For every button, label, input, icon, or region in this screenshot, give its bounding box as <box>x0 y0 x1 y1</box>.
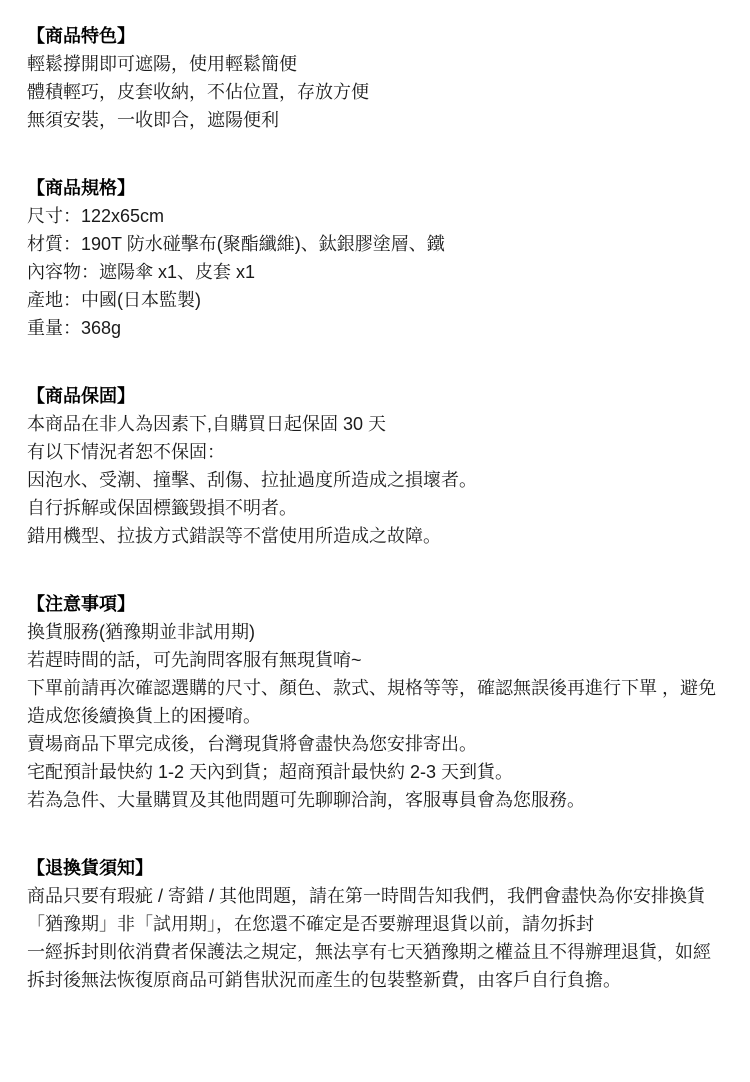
section-line: 商品只要有瑕疵 / 寄錯 / 其他問題，請在第一時間告知我們，我們會盡快為你安排… <box>27 882 726 910</box>
section-line: 輕鬆撐開即可遮陽，使用輕鬆簡便 <box>27 50 726 78</box>
spec-origin: 產地：中國(日本監製) <box>27 286 726 314</box>
section-line: 下單前請再次確認選購的尺寸、顏色、款式、規格等等，確認無誤後再進行下單 ，避免造… <box>27 674 726 730</box>
section-product-specs: 【商品規格】 尺寸：122x65cm 材質：190T 防水碰擊布(聚酯纖維)、鈦… <box>27 174 726 342</box>
section-line: 無須安裝，一收即合，遮陽便利 <box>27 106 726 134</box>
section-line: 因泡水、受潮、撞擊、刮傷、拉扯過度所造成之損壞者。 <box>27 466 726 494</box>
spec-material: 材質：190T 防水碰擊布(聚酯纖維)、鈦銀膠塗層、鐵 <box>27 230 726 258</box>
spec-contents: 內容物：遮陽傘 x1、皮套 x1 <box>27 258 726 286</box>
section-line: 換貨服務(猶豫期並非試用期) <box>27 618 726 646</box>
section-product-features: 【商品特色】 輕鬆撐開即可遮陽，使用輕鬆簡便 體積輕巧，皮套收納，不佔位置，存放… <box>27 22 726 134</box>
section-heading: 【注意事項】 <box>27 590 726 618</box>
section-heading: 【退換貨須知】 <box>27 854 726 882</box>
section-heading: 【商品保固】 <box>27 382 726 410</box>
section-line: 若趕時間的話，可先詢問客服有無現貨唷~ <box>27 646 726 674</box>
section-line: 錯用機型、拉拔方式錯誤等不當使用所造成之故障。 <box>27 522 726 550</box>
product-description: 【商品特色】 輕鬆撐開即可遮陽，使用輕鬆簡便 體積輕巧，皮套收納，不佔位置，存放… <box>0 0 750 994</box>
section-line: 宅配預計最快約 1-2 天內到貨；超商預計最快約 2-3 天到貨。 <box>27 758 726 786</box>
section-heading: 【商品特色】 <box>27 22 726 50</box>
section-notes: 【注意事項】 換貨服務(猶豫期並非試用期) 若趕時間的話，可先詢問客服有無現貨唷… <box>27 590 726 814</box>
spec-size: 尺寸：122x65cm <box>27 202 726 230</box>
section-line: 若為急件、大量購買及其他問題可先聊聊洽詢，客服專員會為您服務。 <box>27 786 726 814</box>
section-heading: 【商品規格】 <box>27 174 726 202</box>
section-line: 本商品在非人為因素下,自購買日起保固 30 天 <box>27 410 726 438</box>
section-line: 體積輕巧，皮套收納，不佔位置，存放方便 <box>27 78 726 106</box>
section-line: 一經拆封則依消費者保護法之規定，無法享有七天猶豫期之權益且不得辦理退貨，如經拆封… <box>27 938 726 994</box>
section-return-policy: 【退換貨須知】 商品只要有瑕疵 / 寄錯 / 其他問題，請在第一時間告知我們，我… <box>27 854 726 994</box>
section-line: 自行拆解或保固標籤毀損不明者。 <box>27 494 726 522</box>
section-line: 賣場商品下單完成後，台灣現貨將會盡快為您安排寄出。 <box>27 730 726 758</box>
section-product-warranty: 【商品保固】 本商品在非人為因素下,自購買日起保固 30 天 有以下情況者恕不保… <box>27 382 726 550</box>
section-line: 有以下情況者恕不保固： <box>27 438 726 466</box>
section-line: 「猶豫期」非「試用期」，在您還不確定是否要辦理退貨以前，請勿拆封 <box>27 910 726 938</box>
spec-weight: 重量：368g <box>27 314 726 342</box>
